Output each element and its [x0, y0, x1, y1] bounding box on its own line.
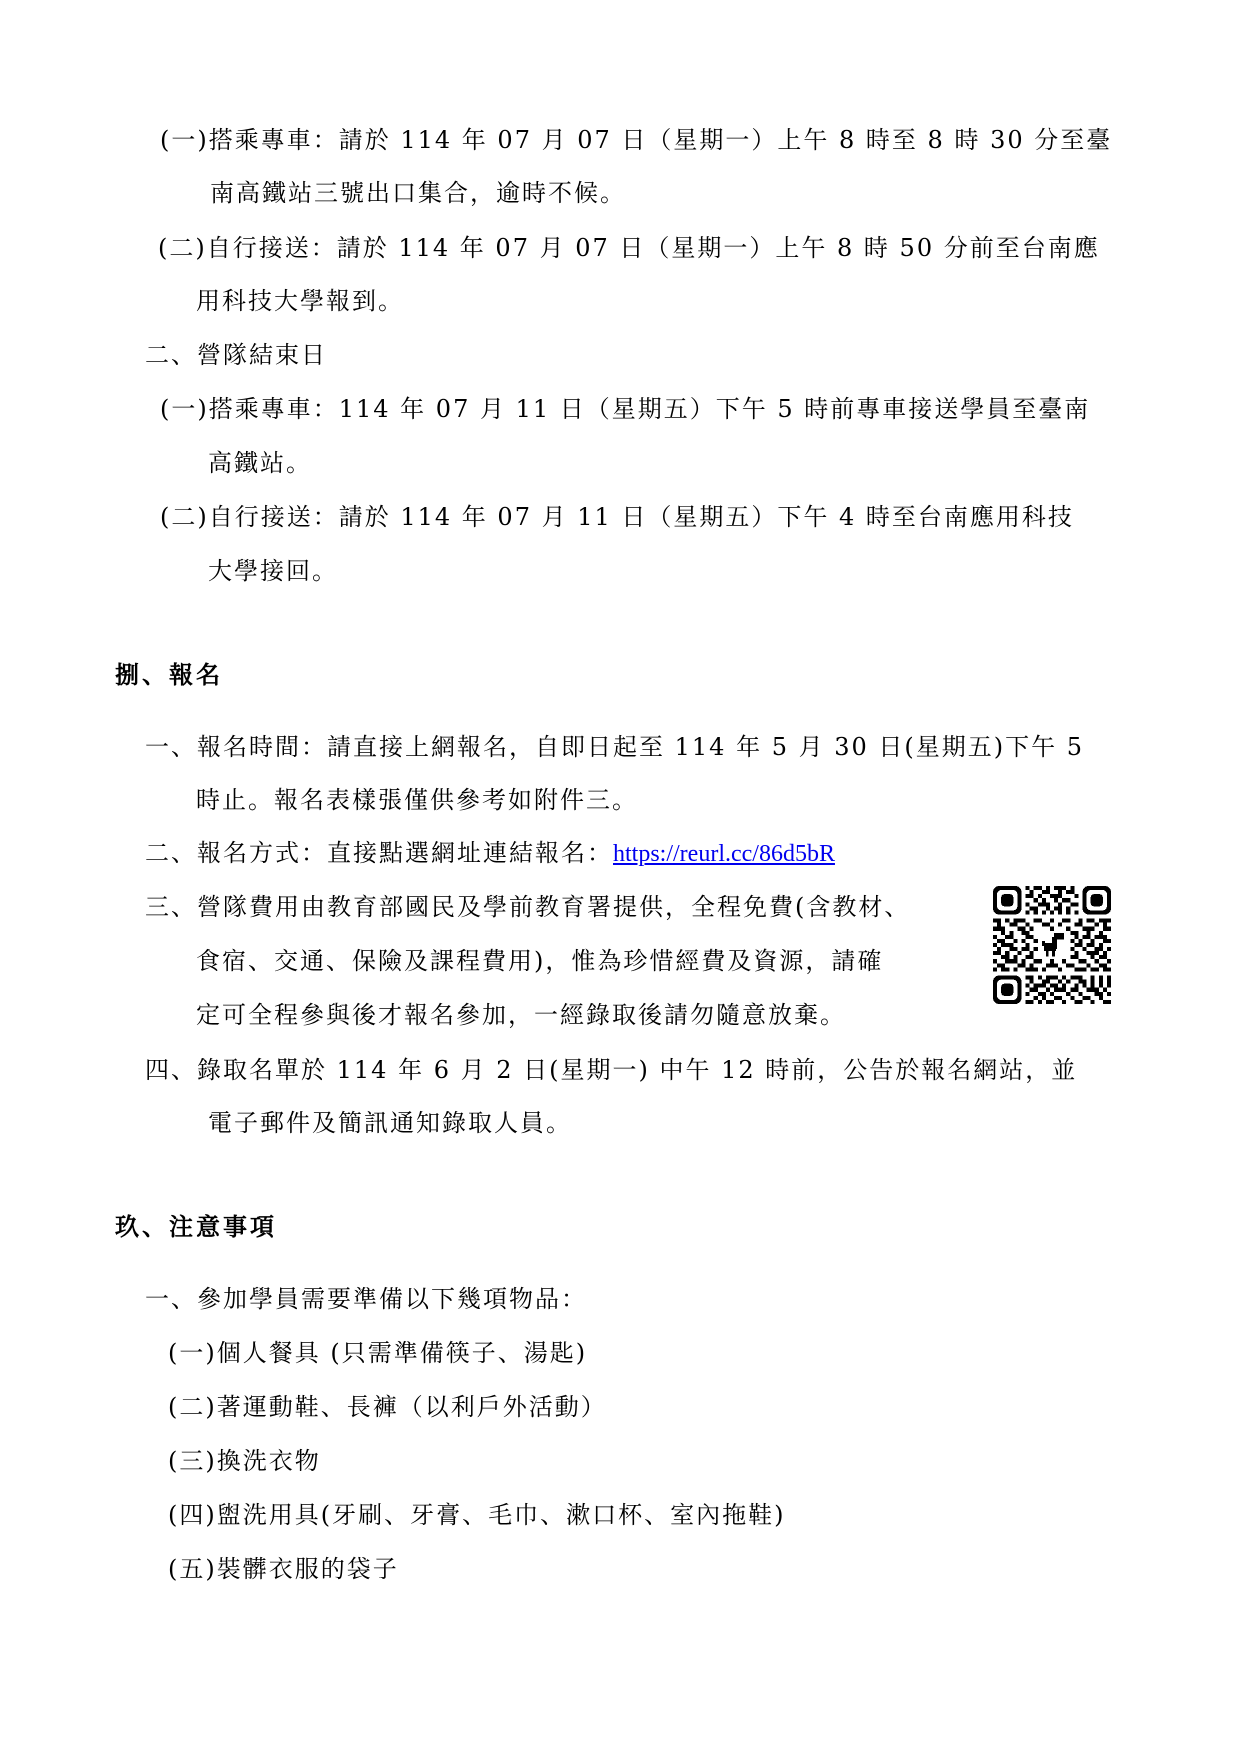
end-day-bus-line1: (一)搭乘專車：114 年 07 月 11 日（星期五）下午 5 時前專車接送學…	[160, 394, 1090, 424]
registration-link[interactable]: https://reurl.cc/86d5bR	[613, 841, 835, 867]
fee-line3: 定可全程參與後才報名參加，一經錄取後請勿隨意放棄。	[196, 1000, 846, 1030]
item-label: (二)自行接送：	[160, 503, 339, 531]
end-day-bus-line2: 高鐵站。	[208, 448, 312, 478]
notes-item: (四)盥洗用具(牙刷、牙膏、毛巾、漱口杯、室內拖鞋)	[168, 1500, 785, 1530]
section-notes-title: 玖、注意事項	[115, 1212, 277, 1242]
end-day-self-line2: 大學接回。	[208, 556, 338, 586]
notes-intro: 一、參加學員需要準備以下幾項物品：	[145, 1284, 587, 1314]
item-label: (二)自行接送：	[158, 234, 337, 262]
notes-item: (三)換洗衣物	[168, 1446, 321, 1476]
registration-time-line1: 一、報名時間：請直接上網報名，自即日起至 114 年 5 月 30 日(星期五)…	[145, 732, 1084, 762]
registration-method-text: 二、報名方式：直接點選網址連結報名：	[145, 839, 613, 867]
section-registration-title: 捌、報名	[115, 660, 223, 690]
results-line1: 四、錄取名單於 114 年 6 月 2 日(星期一) 中午 12 時前，公告於報…	[145, 1055, 1077, 1085]
item-label: (一)搭乘專車：	[160, 126, 339, 154]
item-text: 請於 114 年 07 月 11 日（星期五）下午 4 時至台南應用科技	[339, 503, 1074, 531]
notes-item: (一)個人餐具 (只需準備筷子、湯匙)	[168, 1338, 587, 1368]
item-label: (一)搭乘專車：	[160, 395, 339, 423]
item-text: 請於 114 年 07 月 07 日（星期一）上午 8 時 50 分前至台南應	[337, 234, 1100, 262]
notes-item: (五)裝髒衣服的袋子	[168, 1554, 399, 1584]
start-day-self-line2: 用科技大學報到。	[196, 286, 404, 316]
start-day-self-line1: (二)自行接送：請於 114 年 07 月 07 日（星期一）上午 8 時 50…	[158, 233, 1100, 263]
fee-line1: 三、營隊費用由教育部國民及學前教育署提供，全程免費(含教材、	[145, 892, 910, 922]
start-day-bus-line1: (一)搭乘專車：請於 114 年 07 月 07 日（星期一）上午 8 時至 8…	[160, 125, 1112, 155]
item-text: 請於 114 年 07 月 07 日（星期一）上午 8 時至 8 時 30 分至…	[339, 126, 1113, 154]
results-line2: 電子郵件及簡訊通知錄取人員。	[208, 1108, 572, 1138]
registration-time-line2: 時止。報名表樣張僅供參考如附件三。	[196, 785, 638, 815]
start-day-bus-line2: 南高鐵站三號出口集合，逾時不候。	[210, 178, 626, 208]
end-day-self-line1: (二)自行接送：請於 114 年 07 月 11 日（星期五）下午 4 時至台南…	[160, 502, 1074, 532]
notes-item: (二)著運動鞋、長褲（以利戶外活動）	[168, 1392, 607, 1422]
registration-method: 二、報名方式：直接點選網址連結報名：https://reurl.cc/86d5b…	[145, 838, 835, 869]
item-text: 114 年 07 月 11 日（星期五）下午 5 時前專車接送學員至臺南	[339, 395, 1091, 423]
end-day-title: 二、營隊結束日	[145, 340, 327, 370]
qr-code-icon[interactable]	[992, 886, 1112, 1004]
fee-line2: 食宿、交通、保險及課程費用)，惟為珍惜經費及資源，請確	[196, 946, 883, 976]
